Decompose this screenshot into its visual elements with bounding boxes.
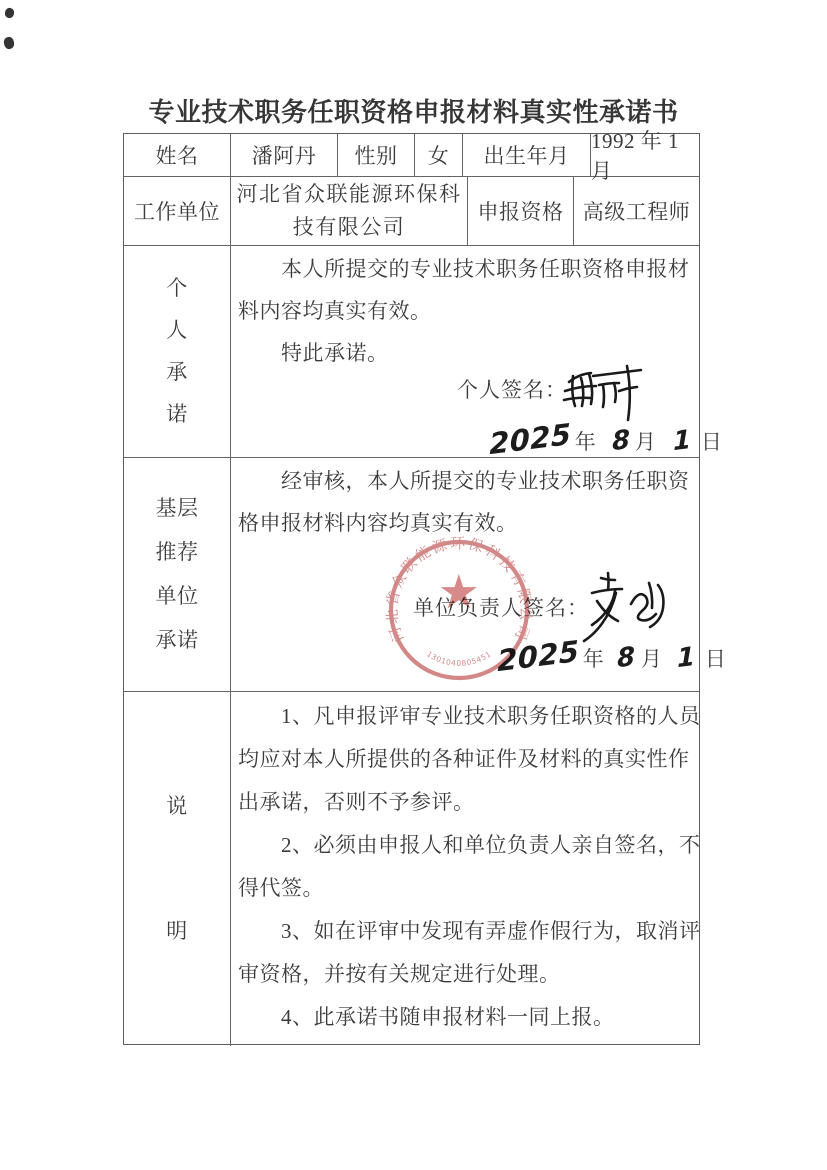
- text-line: 2、必须由申报人和单位负责人亲自签名，不: [238, 824, 701, 867]
- year-unit: 年: [583, 643, 605, 673]
- day-unit: 日: [705, 643, 727, 673]
- label-line: 单位: [156, 586, 199, 607]
- label-char: 承: [166, 362, 188, 383]
- text-line: 4、此承诺书随申报材料一同上报。: [238, 996, 701, 1039]
- name-label: 姓名: [124, 134, 231, 176]
- scan-speck: [3, 36, 15, 50]
- handwritten-day: 1: [673, 425, 692, 457]
- text-line: 本人所提交的专业技术职务任职资格申报材: [238, 248, 693, 290]
- text-line: 出承诺，否则不予参评。: [238, 781, 701, 824]
- qualification-label: 申报资格: [468, 177, 574, 245]
- qualification-value: 高级工程师: [574, 177, 699, 245]
- handwritten-month: 8: [617, 642, 636, 674]
- unit-label: 工作单位: [124, 177, 231, 245]
- personal-sign-row: 个人签名：: [457, 374, 567, 404]
- label-line: 明: [166, 921, 188, 942]
- notes-text: 1、凡申报评审专业技术职务任职资格的人员 均应对本人所提供的各种证件及材料的真实…: [231, 692, 707, 1046]
- text-line: 3、如在评审中发现有弄虚作假行为，取消评: [238, 910, 701, 953]
- label-char: 人: [166, 320, 188, 341]
- text-line: 审资格，并按有关规定进行处理。: [238, 953, 701, 996]
- month-unit: 月: [641, 643, 663, 673]
- gender-label: 性别: [338, 134, 415, 176]
- text-line: 1、凡申报评审专业技术职务任职资格的人员: [238, 695, 701, 738]
- notes-label: 说 明: [124, 692, 231, 1046]
- label-line: 承诺: [156, 630, 199, 651]
- birth-label: 出生年月: [463, 134, 591, 176]
- text-line: 得代签。: [238, 867, 701, 910]
- page-title: 专业技术职务任职资格申报材料真实性承诺书: [0, 92, 827, 129]
- company-seal-stamp: ★ 河北省众联能源环保科技有限公司 1301040805451: [381, 532, 537, 688]
- personal-handwritten-signature: [559, 354, 663, 426]
- unit-leader-handwritten-signature: [579, 566, 677, 648]
- year-unit: 年: [575, 426, 597, 456]
- label-line: 推荐: [156, 542, 199, 563]
- seal-star-icon: ★: [438, 565, 481, 620]
- personal-commitment-text: 本人所提交的专业技术职务任职资格申报材 料内容均真实有效。 特此承诺。 个人签名…: [231, 246, 699, 457]
- label-char: 个: [166, 278, 188, 299]
- unit-value-line2: 技有限公司: [293, 211, 406, 244]
- label-char: 诺: [166, 404, 188, 425]
- table-row-unit-info: 工作单位 河北省众联能源环保科 技有限公司 申报资格 高级工程师: [124, 177, 699, 246]
- seal-serial-number: 1301040805451: [425, 649, 493, 667]
- label-line: 说: [166, 796, 188, 817]
- table-row-personal-commitment: 个 人 承 诺 本人所提交的专业技术职务任职资格申报材 料内容均真实有效。 特此…: [124, 246, 699, 458]
- personal-commitment-label: 个 人 承 诺: [124, 246, 231, 457]
- handwritten-day: 1: [677, 642, 696, 674]
- personal-date-row: 2025年8月1日: [489, 422, 722, 456]
- commitment-table: 姓名 潘阿丹 性别 女 出生年月 1992 年 1 月 工作单位 河北省众联能源…: [123, 133, 700, 1045]
- text-line: 料内容均真实有效。: [238, 290, 693, 332]
- unit-value: 河北省众联能源环保科 技有限公司: [231, 177, 468, 245]
- name-value: 潘阿丹: [231, 134, 338, 176]
- month-unit: 月: [635, 426, 657, 456]
- table-row-notes: 说 明 1、凡申报评审专业技术职务任职资格的人员 均应对本人所提供的各种证件及材…: [124, 692, 699, 1046]
- handwritten-month: 8: [612, 425, 631, 457]
- unit-value-line1: 河北省众联能源环保科: [237, 178, 462, 211]
- personal-sign-label: 个人签名：: [457, 378, 567, 402]
- unit-commitment-label: 基层 推荐 单位 承诺: [124, 458, 231, 691]
- label-line: 基层: [156, 498, 199, 519]
- table-row-unit-commitment: 基层 推荐 单位 承诺 经审核，本人所提交的专业技术职务任职资 格申报材料内容均…: [124, 458, 699, 692]
- birth-value: 1992 年 1 月: [591, 134, 699, 176]
- handwritten-year: 2025: [489, 417, 572, 461]
- gender-value: 女: [415, 134, 463, 176]
- text-line: 经审核，本人所提交的专业技术职务任职资: [238, 460, 693, 502]
- scan-speck: [4, 7, 15, 19]
- scanned-document-page: 专业技术职务任职资格申报材料真实性承诺书 姓名 潘阿丹 性别 女 出生年月 19…: [0, 0, 827, 1170]
- unit-commitment-text: 经审核，本人所提交的专业技术职务任职资 格申报材料内容均真实有效。 单位负责人签…: [231, 458, 699, 691]
- day-unit: 日: [701, 426, 723, 456]
- table-row-basic-info: 姓名 潘阿丹 性别 女 出生年月 1992 年 1 月: [124, 134, 699, 177]
- text-line: 均应对本人所提供的各种证件及材料的真实性作: [238, 738, 701, 781]
